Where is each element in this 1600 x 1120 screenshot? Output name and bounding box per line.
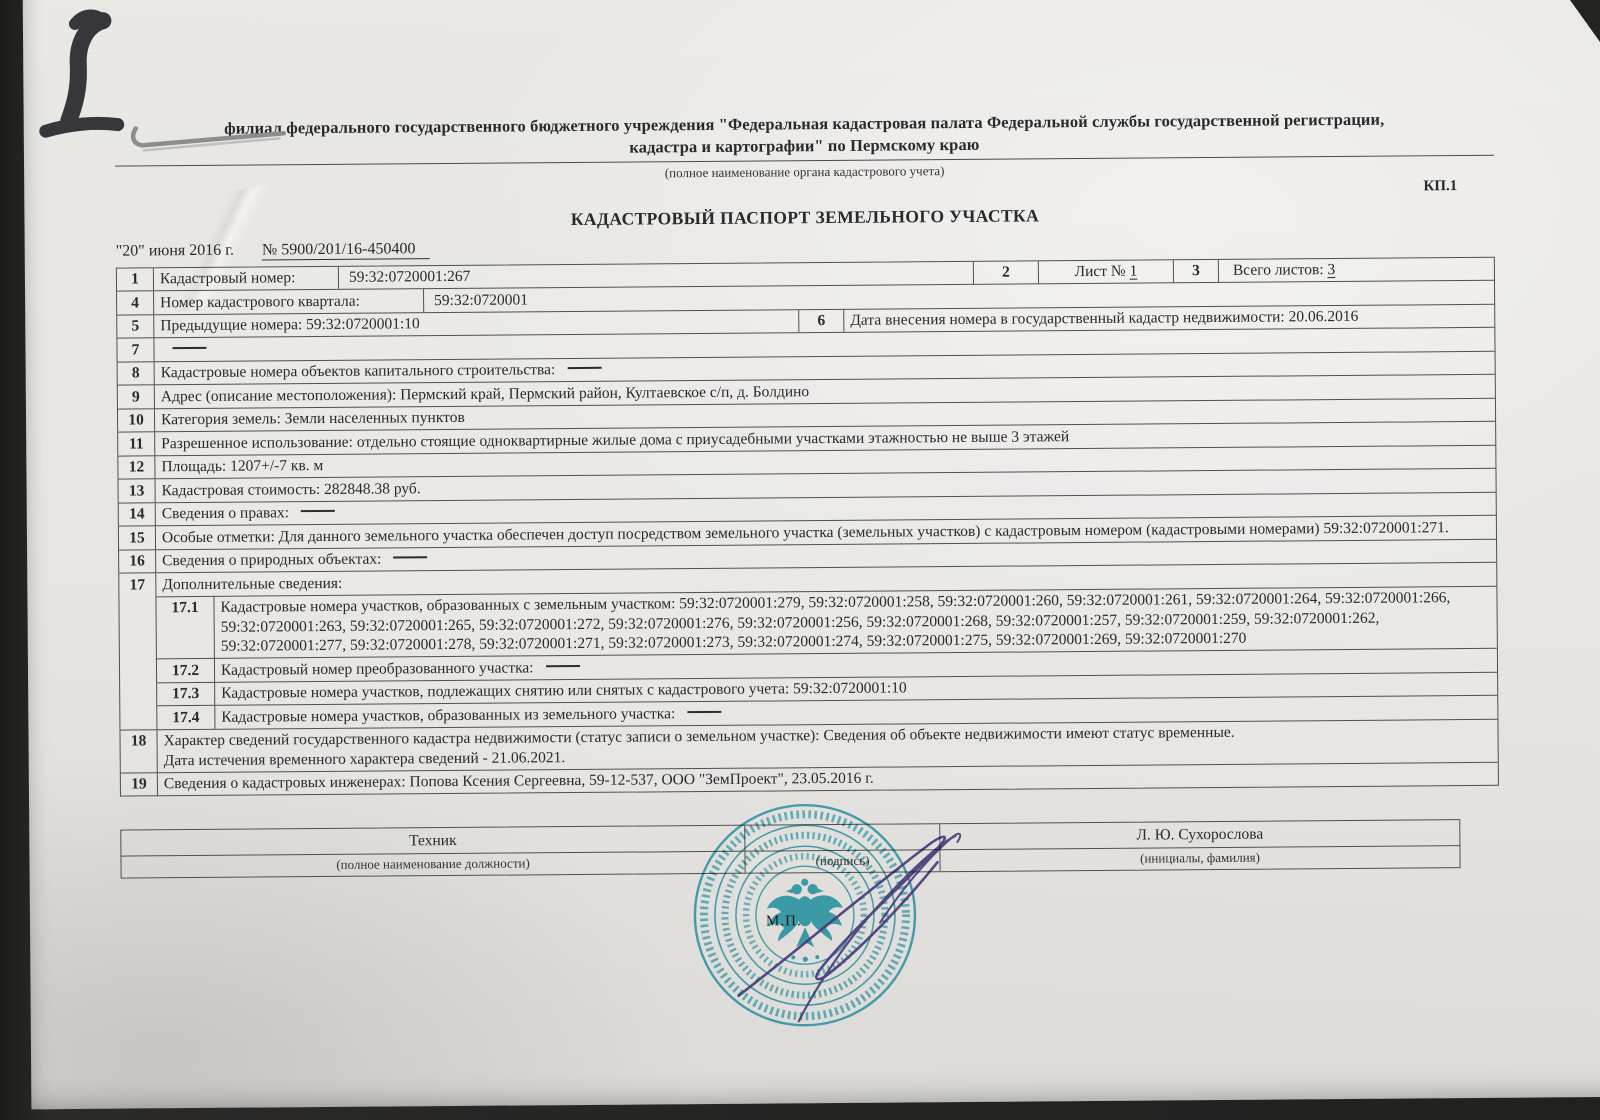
empty-value-dash: [546, 665, 580, 667]
row-number: 19: [121, 773, 158, 796]
sheet-number: Лист № 1: [1039, 260, 1174, 284]
row-number: 2: [974, 261, 1039, 284]
row-number: 8: [118, 362, 155, 385]
staple: [124, 119, 299, 170]
position-caption: (полное наименование должности): [121, 852, 745, 878]
org-name: филиал федерального государственного бюд…: [115, 108, 1494, 162]
document-date: "20" июня 2016 г.: [116, 241, 234, 259]
empty-value-dash: [687, 711, 721, 713]
row-number: 6: [799, 309, 844, 332]
empty-value-dash: [393, 557, 427, 559]
row-number: 13: [119, 479, 156, 502]
row-number: 4: [117, 291, 154, 314]
parcels-formed-with: Кадастровые номера участков, образованны…: [214, 586, 1496, 658]
name-caption: (инициалы, фамилия): [940, 846, 1459, 871]
row-number: 10: [118, 409, 155, 432]
row-number: 17.1: [156, 596, 214, 658]
document-number: № 5900/201/16-450400: [262, 240, 430, 260]
row-number: 17.4: [157, 706, 215, 729]
row-number: 17.2: [157, 659, 215, 682]
row-number: 5: [117, 315, 154, 338]
row-number: 1: [117, 268, 154, 291]
position-title: Техник: [121, 826, 745, 856]
row-number: 14: [119, 503, 156, 526]
date-row: "20" июня 2016 г.№ 5900/201/16-450400: [116, 231, 1495, 260]
additional-info-block: Дополнительные сведения: 17.1 Кадастровы…: [156, 563, 1497, 729]
official-seal-stamp: [667, 772, 989, 1080]
row-label: Номер кадастрового квартала:: [154, 289, 424, 314]
row-number: 12: [118, 456, 155, 479]
cadastral-table: 1 Кадастровый номер: 59:32:0720001:267 2…: [116, 256, 1499, 796]
document-sheet: филиал федерального государственного бюд…: [23, 0, 1600, 1109]
signatory-name: Л. Ю. Сухорослова: [940, 820, 1459, 849]
empty-value-dash: [567, 367, 601, 369]
row-number: 7: [117, 338, 154, 361]
row-number: 15: [119, 526, 156, 549]
row-number: 11: [118, 432, 155, 455]
total-sheets: Всего листов: 3: [1219, 257, 1494, 282]
row-number: 18: [120, 730, 157, 772]
row-number: 9: [118, 385, 155, 408]
row-number: 16: [119, 550, 156, 573]
row-number: 3: [1174, 259, 1219, 282]
total-sheets-value: 3: [1327, 261, 1335, 278]
empty-value-dash: [301, 510, 335, 512]
table-row-17-1: 17.1 Кадастровые номера участков, образо…: [156, 586, 1496, 659]
row-label: Кадастровый номер:: [154, 266, 339, 290]
document-title: КАДАСТРОВЫЙ ПАСПОРТ ЗЕМЕЛЬНОГО УЧАСТКА: [115, 201, 1494, 233]
sheet-number-value: 1: [1129, 263, 1137, 280]
empty-value-dash: [172, 347, 206, 349]
seal-place-mark: М.П.: [766, 913, 802, 930]
row-number: 17.3: [157, 682, 215, 705]
row-number: 17: [119, 573, 157, 729]
table-row-17: 17 Дополнительные сведения: 17.1 Кадастр…: [119, 563, 1497, 730]
